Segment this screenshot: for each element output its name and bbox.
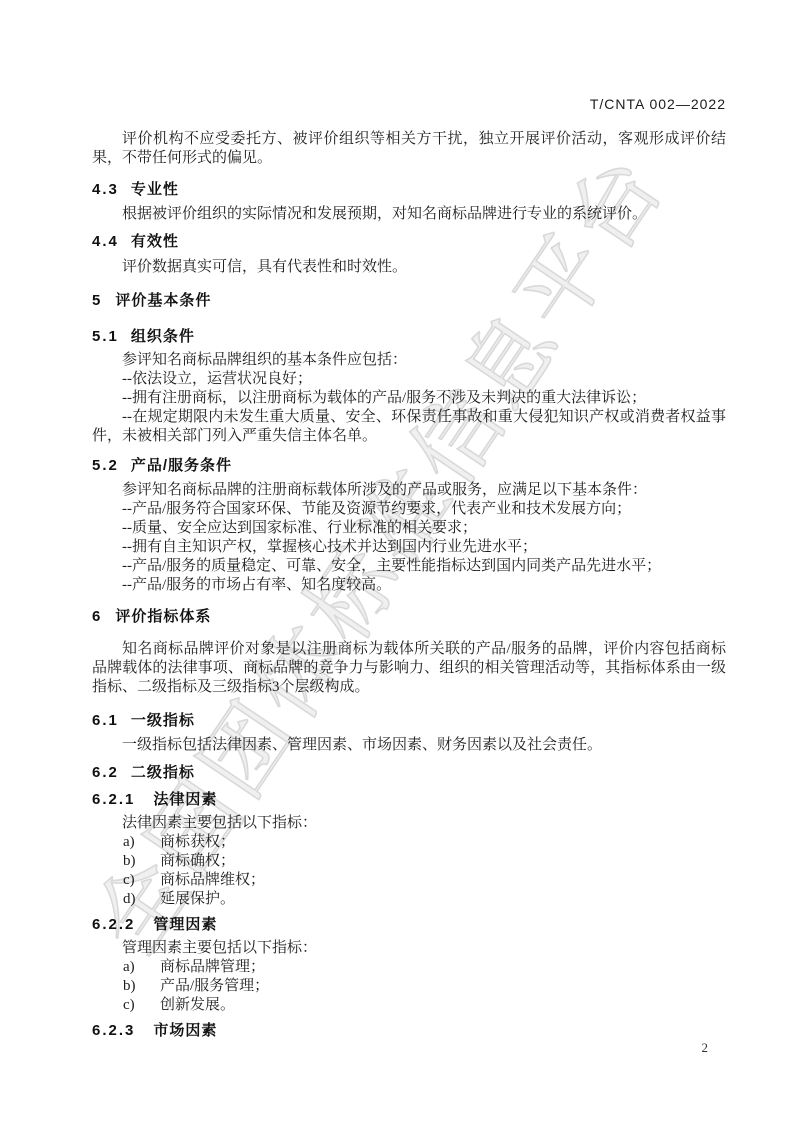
heading-4-4: 4.4有效性 [92, 232, 726, 251]
dash-item: --产品/服务符合国家环保、节能及资源节约要求，代表产业和技术发展方向； [92, 500, 726, 519]
heading-6-2-3: 6.2.3市场因素 [92, 1021, 726, 1040]
heading-6-2-1: 6.2.1法律因素 [92, 790, 726, 809]
standard-code: T/CNTA 002—2022 [590, 96, 726, 112]
heading-number: 6.2.2 [92, 916, 135, 933]
list-item-label: d) [123, 890, 160, 909]
list-item-label: b) [123, 852, 160, 871]
paragraph-5-2-lead: 参评知名商标品牌的注册商标载体所涉及的产品或服务，应满足以下基本条件： [92, 481, 726, 500]
heading-number: 4.3 [92, 181, 119, 198]
list-item: d)延展保护。 [123, 890, 726, 909]
list-item: c)商标品牌维权； [123, 871, 726, 890]
heading-number: 5.2 [92, 457, 119, 474]
heading-title: 有效性 [131, 233, 179, 250]
list-item: b)商标确权； [123, 852, 726, 871]
heading-6-2: 6.2二级指标 [92, 763, 726, 782]
heading-6: 6评价指标体系 [92, 607, 726, 626]
heading-number: 4.4 [92, 233, 119, 250]
paragraph-4-4: 评价数据真实可信，具有代表性和时效性。 [92, 258, 726, 277]
dash-item: --在规定期限内未发生重大质量、安全、环保责任事故和重大侵犯知识产权或消费者权益… [92, 408, 726, 446]
heading-number: 5 [92, 292, 102, 309]
page-header: T/CNTA 002—2022 [92, 96, 726, 112]
heading-number: 6.2.3 [92, 1022, 135, 1039]
list-item-label: a) [123, 958, 160, 977]
list-item-label: a) [123, 833, 160, 852]
paragraph-6-2-1-lead: 法律因素主要包括以下指标： [92, 814, 726, 833]
heading-4-3: 4.3专业性 [92, 180, 726, 199]
heading-title: 管理因素 [153, 916, 217, 933]
dash-item: --产品/服务的质量稳定、可靠、安全，主要性能指标达到国内同类产品先进水平； [92, 557, 726, 576]
document-content: 评价机构不应受委托方、被评价组织等相关方干扰，独立开展评价活动，客观形成评价结果… [92, 130, 726, 1040]
paragraph-6-intro: 知名商标品牌评价对象是以注册商标为载体所关联的产品/服务的品牌，评价内容包括商标… [92, 640, 726, 697]
list-item: c)创新发展。 [123, 996, 726, 1015]
heading-6-2-2: 6.2.2管理因素 [92, 915, 726, 934]
heading-number: 5.1 [92, 328, 119, 345]
heading-title: 一级指标 [131, 712, 195, 729]
list-item-text: 延展保护。 [160, 890, 726, 909]
dash-item: --拥有自主知识产权，掌握核心技术并达到国内行业先进水平； [92, 538, 726, 557]
heading-number: 6.2.1 [92, 791, 135, 808]
list-item-label: c) [123, 871, 160, 890]
heading-title: 评价指标体系 [115, 608, 211, 625]
list-item: b)产品/服务管理； [123, 977, 726, 996]
page-number: 2 [702, 1040, 709, 1056]
heading-title: 评价基本条件 [115, 292, 211, 309]
document-page: 全国团体标准信息平台 T/CNTA 002—2022 评价机构不应受委托方、被评… [0, 0, 800, 1131]
list-item-label: c) [123, 996, 160, 1015]
list-item-text: 商标品牌管理； [160, 958, 726, 977]
heading-title: 法律因素 [153, 791, 217, 808]
list-item: a)商标获权； [123, 833, 726, 852]
heading-title: 专业性 [131, 181, 179, 198]
heading-title: 二级指标 [131, 764, 195, 781]
heading-title: 组织条件 [131, 328, 195, 345]
list-item-text: 创新发展。 [160, 996, 726, 1015]
list-item-text: 商标确权； [160, 852, 726, 871]
heading-number: 6.2 [92, 764, 119, 781]
dash-item: --质量、安全应达到国家标准、行业标准的相关要求； [92, 519, 726, 538]
paragraph-6-2-2-lead: 管理因素主要包括以下指标： [92, 939, 726, 958]
paragraph-6-1: 一级指标包括法律因素、管理因素、市场因素、财务因素以及社会责任。 [92, 736, 726, 755]
list-item-text: 商标品牌维权； [160, 871, 726, 890]
heading-title: 产品/服务条件 [131, 457, 232, 474]
heading-6-1: 6.1一级指标 [92, 711, 726, 730]
heading-5-2: 5.2产品/服务条件 [92, 456, 726, 475]
list-item-label: b) [123, 977, 160, 996]
heading-5: 5评价基本条件 [92, 291, 726, 310]
list-item-text: 商标获权； [160, 833, 726, 852]
paragraph-4-2-continuation: 评价机构不应受委托方、被评价组织等相关方干扰，独立开展评价活动，客观形成评价结果… [92, 130, 726, 168]
dash-item: --依法设立，运营状况良好； [92, 370, 726, 389]
dash-item: --产品/服务的市场占有率、知名度较高。 [92, 576, 726, 595]
heading-title: 市场因素 [153, 1022, 217, 1039]
list-item-text: 产品/服务管理； [160, 977, 726, 996]
heading-number: 6.1 [92, 712, 119, 729]
list-item: a)商标品牌管理； [123, 958, 726, 977]
heading-number: 6 [92, 608, 102, 625]
paragraph-5-1-lead: 参评知名商标品牌组织的基本条件应包括： [92, 351, 726, 370]
dash-item: --拥有注册商标，以注册商标为载体的产品/服务不涉及未判决的重大法律诉讼； [92, 389, 726, 408]
heading-5-1: 5.1组织条件 [92, 327, 726, 346]
paragraph-4-3: 根据被评价组织的实际情况和发展预期，对知名商标品牌进行专业的系统评价。 [92, 205, 726, 224]
